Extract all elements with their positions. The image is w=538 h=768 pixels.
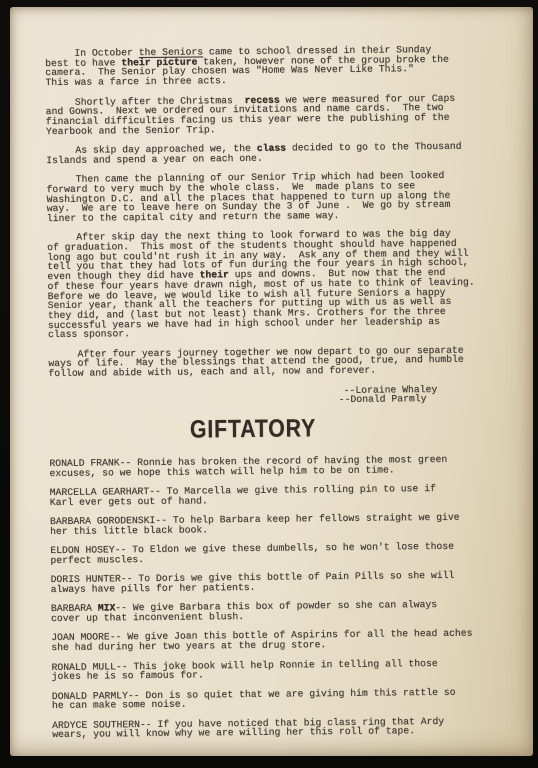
- paragraph: In October the Seniors came to school dr…: [45, 44, 505, 88]
- gift-item: BARBARA GORODENSKI-- To help Barbara kee…: [50, 512, 510, 536]
- gift-item: JOAN MOORE-- We give Joan this bottle of…: [51, 629, 511, 653]
- gift-item: DORIS HUNTER-- To Doris we give this bot…: [51, 570, 511, 594]
- page-content: In October the Seniors came to school dr…: [45, 44, 512, 750]
- gift-item: MARCELLA GEARHART-- To Marcella we give …: [50, 483, 510, 507]
- author-signature: --Donald Parmly: [339, 393, 509, 404]
- paragraph: As skip day approached we, the class dec…: [46, 141, 506, 165]
- paragraph: After skip day the next thing to look fo…: [47, 228, 508, 340]
- scanned-page: In October the Seniors came to school dr…: [10, 7, 533, 756]
- gift-item: ARDYCE SOUTHERN-- If you have noticed th…: [52, 716, 512, 740]
- signature-block: --Loraine Whaley --Donald Parmly: [49, 384, 509, 408]
- paragraph: After four years journey together we now…: [48, 345, 508, 379]
- giftatory-heading: GIFTATORY: [57, 412, 448, 446]
- paragraph: Then came the planning of our Senior Tri…: [46, 170, 506, 223]
- gift-item: RONALD FRANK-- Ronnie has broken the rec…: [49, 454, 509, 478]
- gift-item: ELDON HOSEY-- To Eldon we give these dum…: [50, 541, 510, 565]
- gift-item: DONALD PARMLY-- Don is so quiet that we …: [52, 687, 512, 711]
- gift-item: RONALD MULL-- This joke book will help R…: [51, 658, 511, 682]
- paragraph: Shortly after the Christmas recess we we…: [46, 93, 506, 137]
- gift-item: BARBARA MIX-- We give Barbara this box o…: [51, 600, 511, 624]
- scan-border: In October the Seniors came to school dr…: [0, 0, 538, 768]
